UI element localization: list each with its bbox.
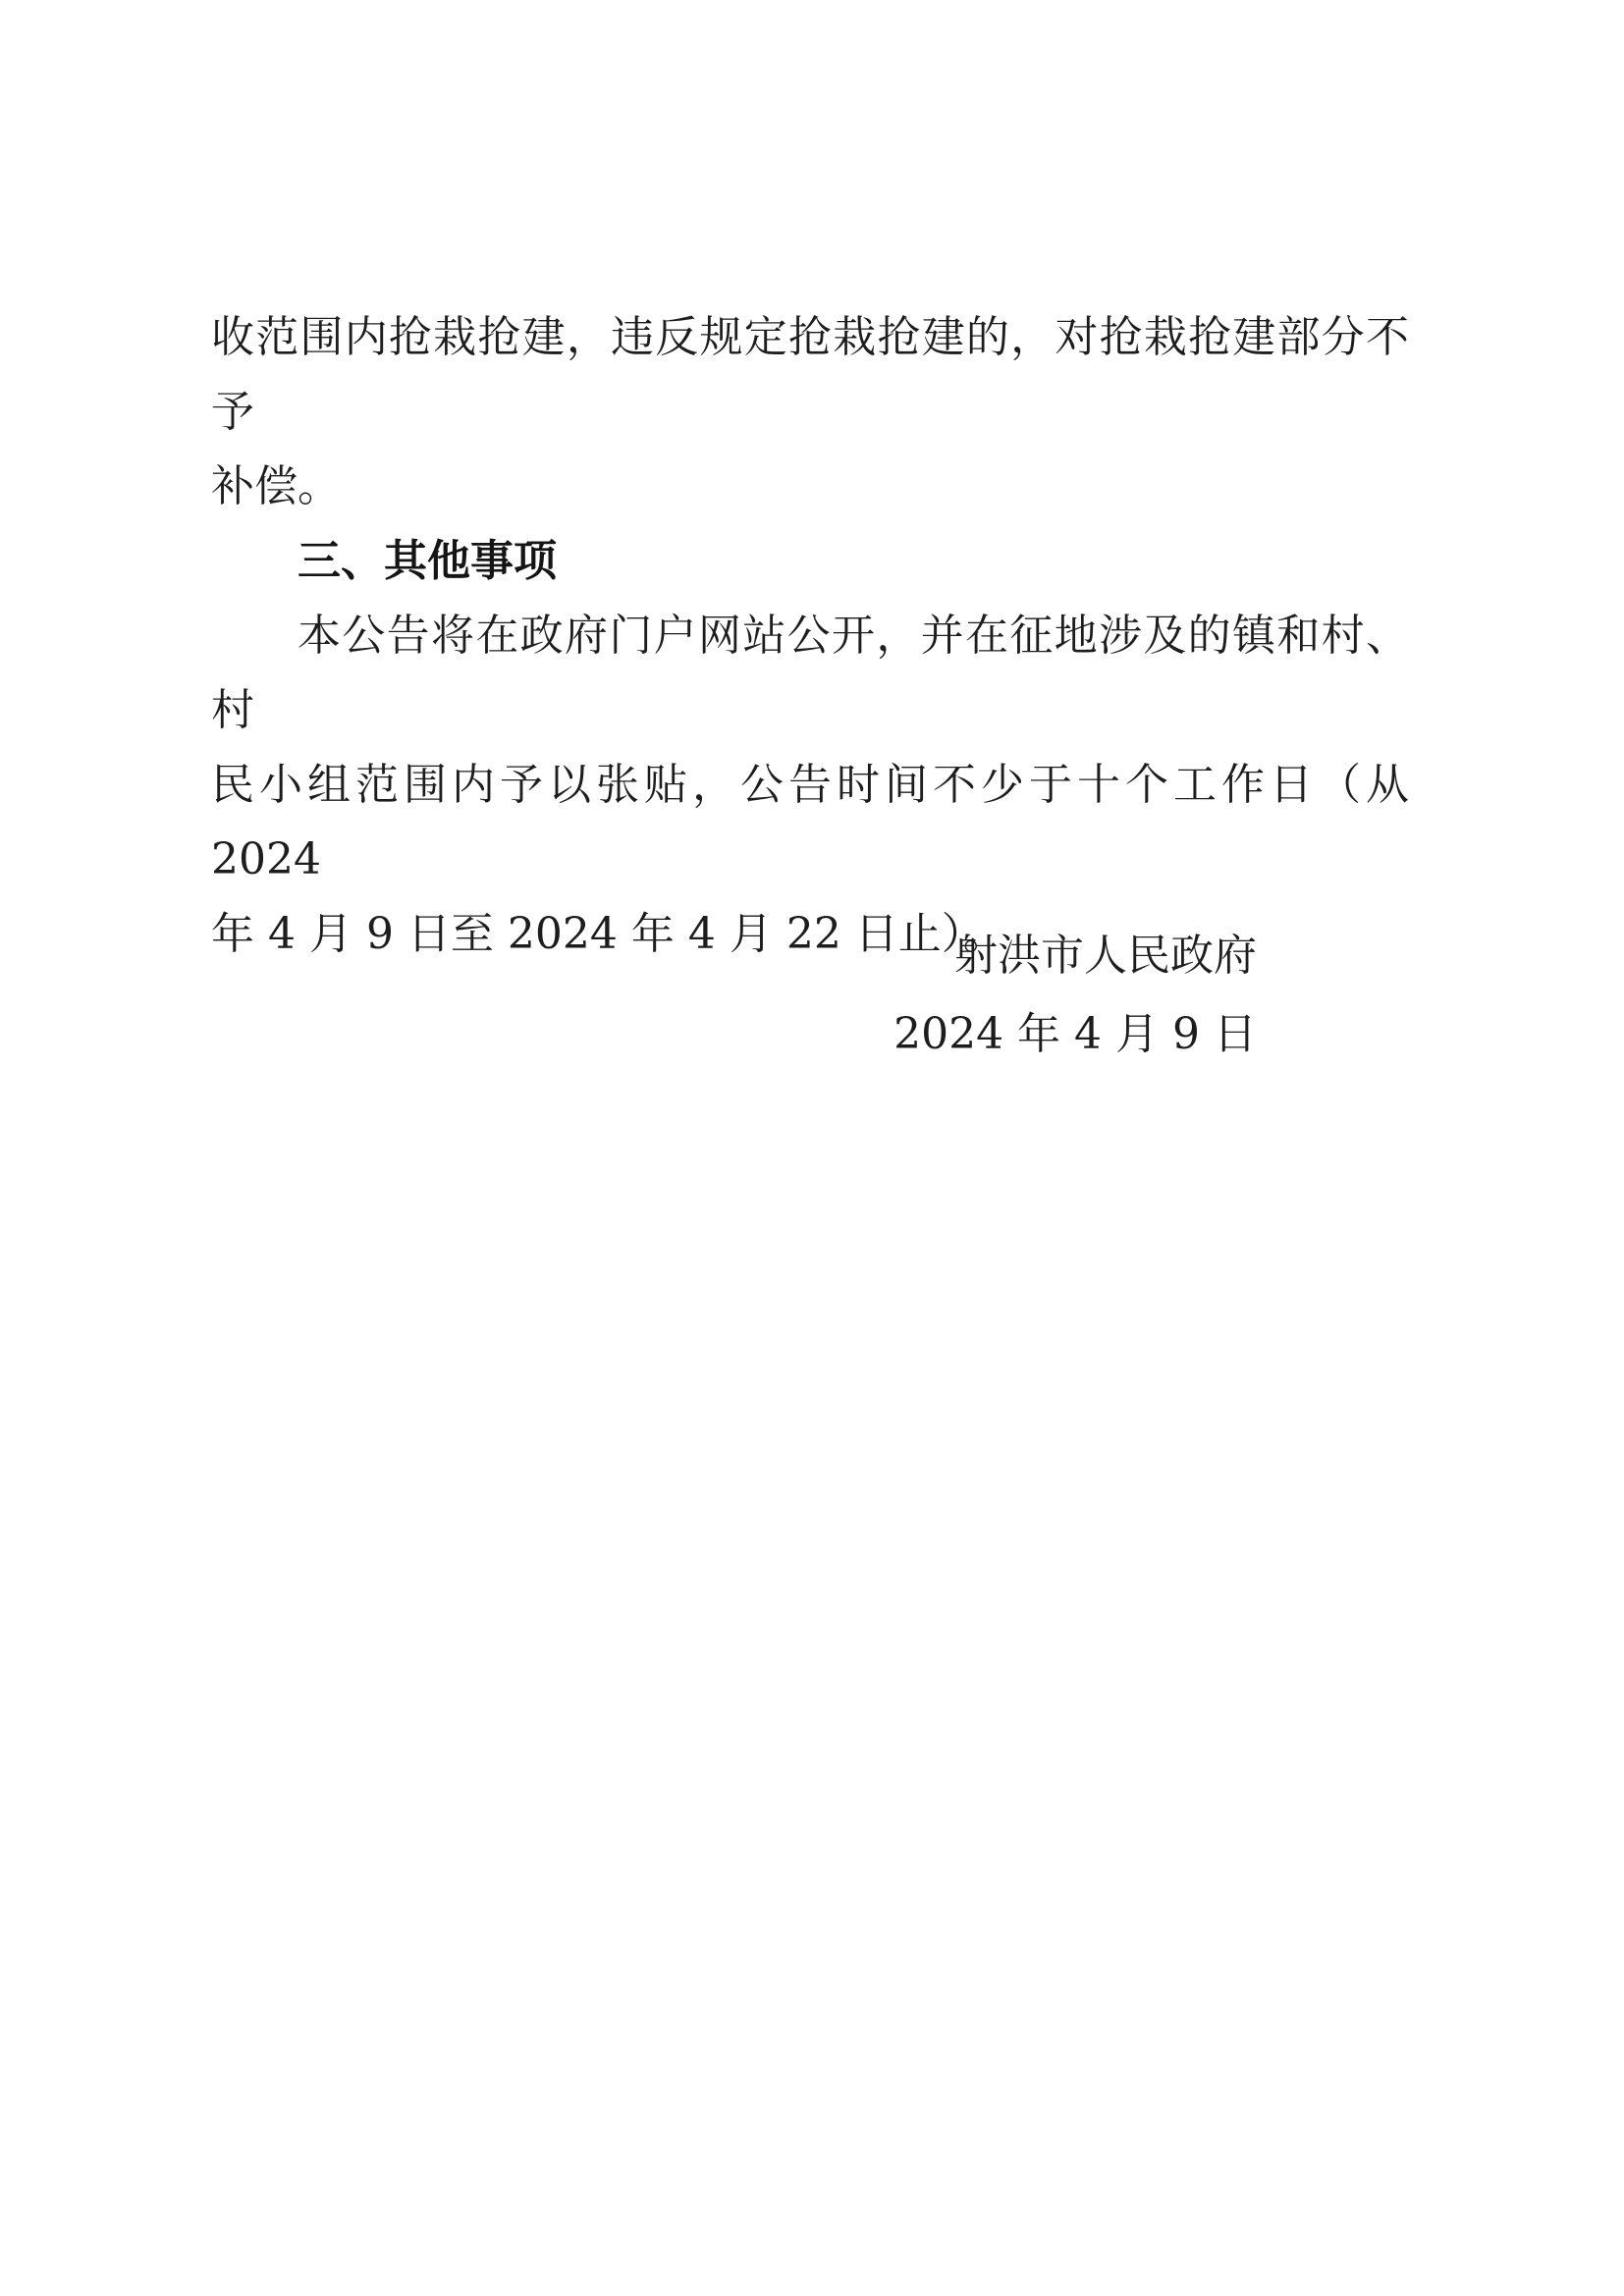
announcement-paragraph-line-1: 本公告将在政府门户网站公开，并在征地涉及的镇和村、村 [211,599,1409,748]
document-page: 收范围内抢栽抢建，违反规定抢栽抢建的，对抢栽抢建部分不予 补偿。 三、其他事项 … [0,0,1624,2296]
signature-date: 2024 年 4 月 9 日 [893,995,1257,1074]
continuation-paragraph-line-2: 补偿。 [211,450,1409,524]
signature-block: 射洪市人民政府 2024 年 4 月 9 日 [893,917,1257,1074]
signature-issuer: 射洪市人民政府 [893,917,1257,995]
announcement-paragraph-line-2: 民小组范围内予以张贴，公告时间不少于十个工作日（从 2024 [211,748,1409,897]
continuation-paragraph-line-1: 收范围内抢栽抢建，违反规定抢栽抢建的，对抢栽抢建部分不予 [211,300,1409,450]
document-body: 收范围内抢栽抢建，违反规定抢栽抢建的，对抢栽抢建部分不予 补偿。 三、其他事项 … [211,300,1409,972]
section-heading: 三、其他事项 [211,524,1409,599]
